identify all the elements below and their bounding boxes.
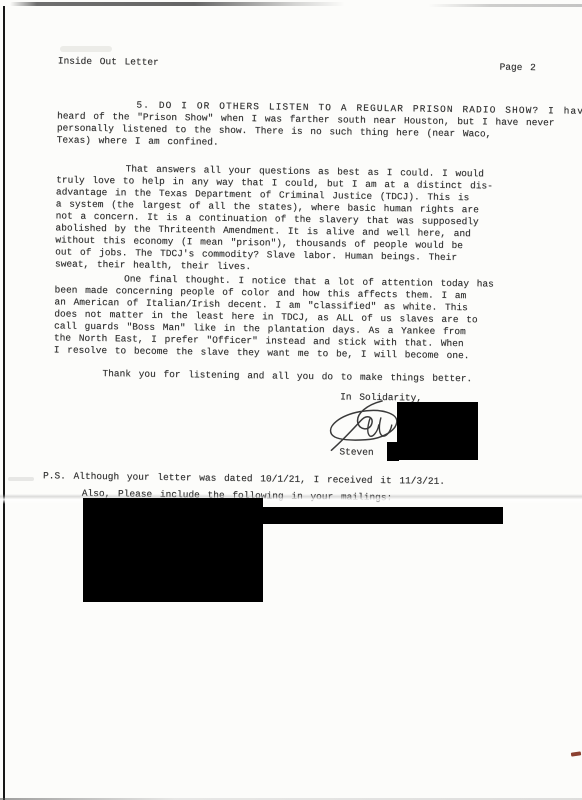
postscript-line: P.S. Although your letter was dated 10/1… xyxy=(43,470,445,488)
redaction-signature-tab xyxy=(387,442,399,461)
red-pen-mark xyxy=(571,751,581,756)
letter-title: Inside Out Letter xyxy=(58,55,159,68)
page-number: Page 2 xyxy=(499,62,535,75)
paragraph-final-thought: One final thought. I notice that a lot o… xyxy=(54,272,494,362)
scanned-letter-page: Inside Out Letter Page 2 5. DO I OR OTHE… xyxy=(0,0,582,800)
scan-edge-line-left xyxy=(3,6,5,800)
paragraph-prison-radio-show: 5. DO I OR OTHERS LISTEN TO A REGULAR PR… xyxy=(57,98,582,154)
signature-name: Steven xyxy=(339,446,373,458)
letter-header: Inside Out Letter Page 2 xyxy=(58,55,536,74)
redaction-address-bar xyxy=(83,507,503,524)
redaction-signature-lastname xyxy=(397,402,478,460)
scan-streak-top-right xyxy=(428,4,582,7)
paragraph-tdcj-slavery: That answers all your questions as best … xyxy=(55,162,493,276)
paragraph-thank-you: Thank you for listening and all you do t… xyxy=(102,368,472,385)
scan-streak-top-left xyxy=(10,2,345,6)
